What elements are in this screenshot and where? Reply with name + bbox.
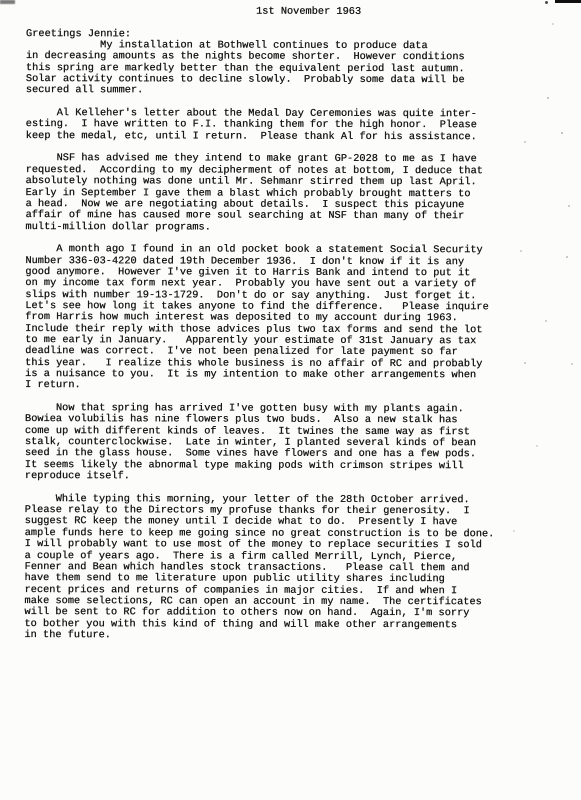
letter-date: 1st November 1963 xyxy=(26,6,556,19)
scan-artifact-top-right-bar xyxy=(555,0,581,3)
letter-paragraph: Al Kelleher's letter about the Medal Day… xyxy=(26,108,556,143)
scan-artifact-top-right-dot xyxy=(545,1,548,4)
letter-paragraph: NSF has advised me they intend to make g… xyxy=(25,153,555,234)
letter-paragraph: My installation at Bothwell continues to… xyxy=(26,40,556,98)
scanned-letter-page: 1st November 1963 Greetings Jennie: My i… xyxy=(0,0,581,800)
letter-paragraph: A month ago I found in an old pocket boo… xyxy=(25,244,555,393)
letter-body: 1st November 1963 Greetings Jennie: My i… xyxy=(24,6,556,643)
letter-paragraph: Now that spring has arrived I've gotten … xyxy=(25,403,555,484)
scan-artifact-top-left xyxy=(0,0,15,4)
letter-paragraph: While typing this morning, your letter o… xyxy=(24,494,554,643)
